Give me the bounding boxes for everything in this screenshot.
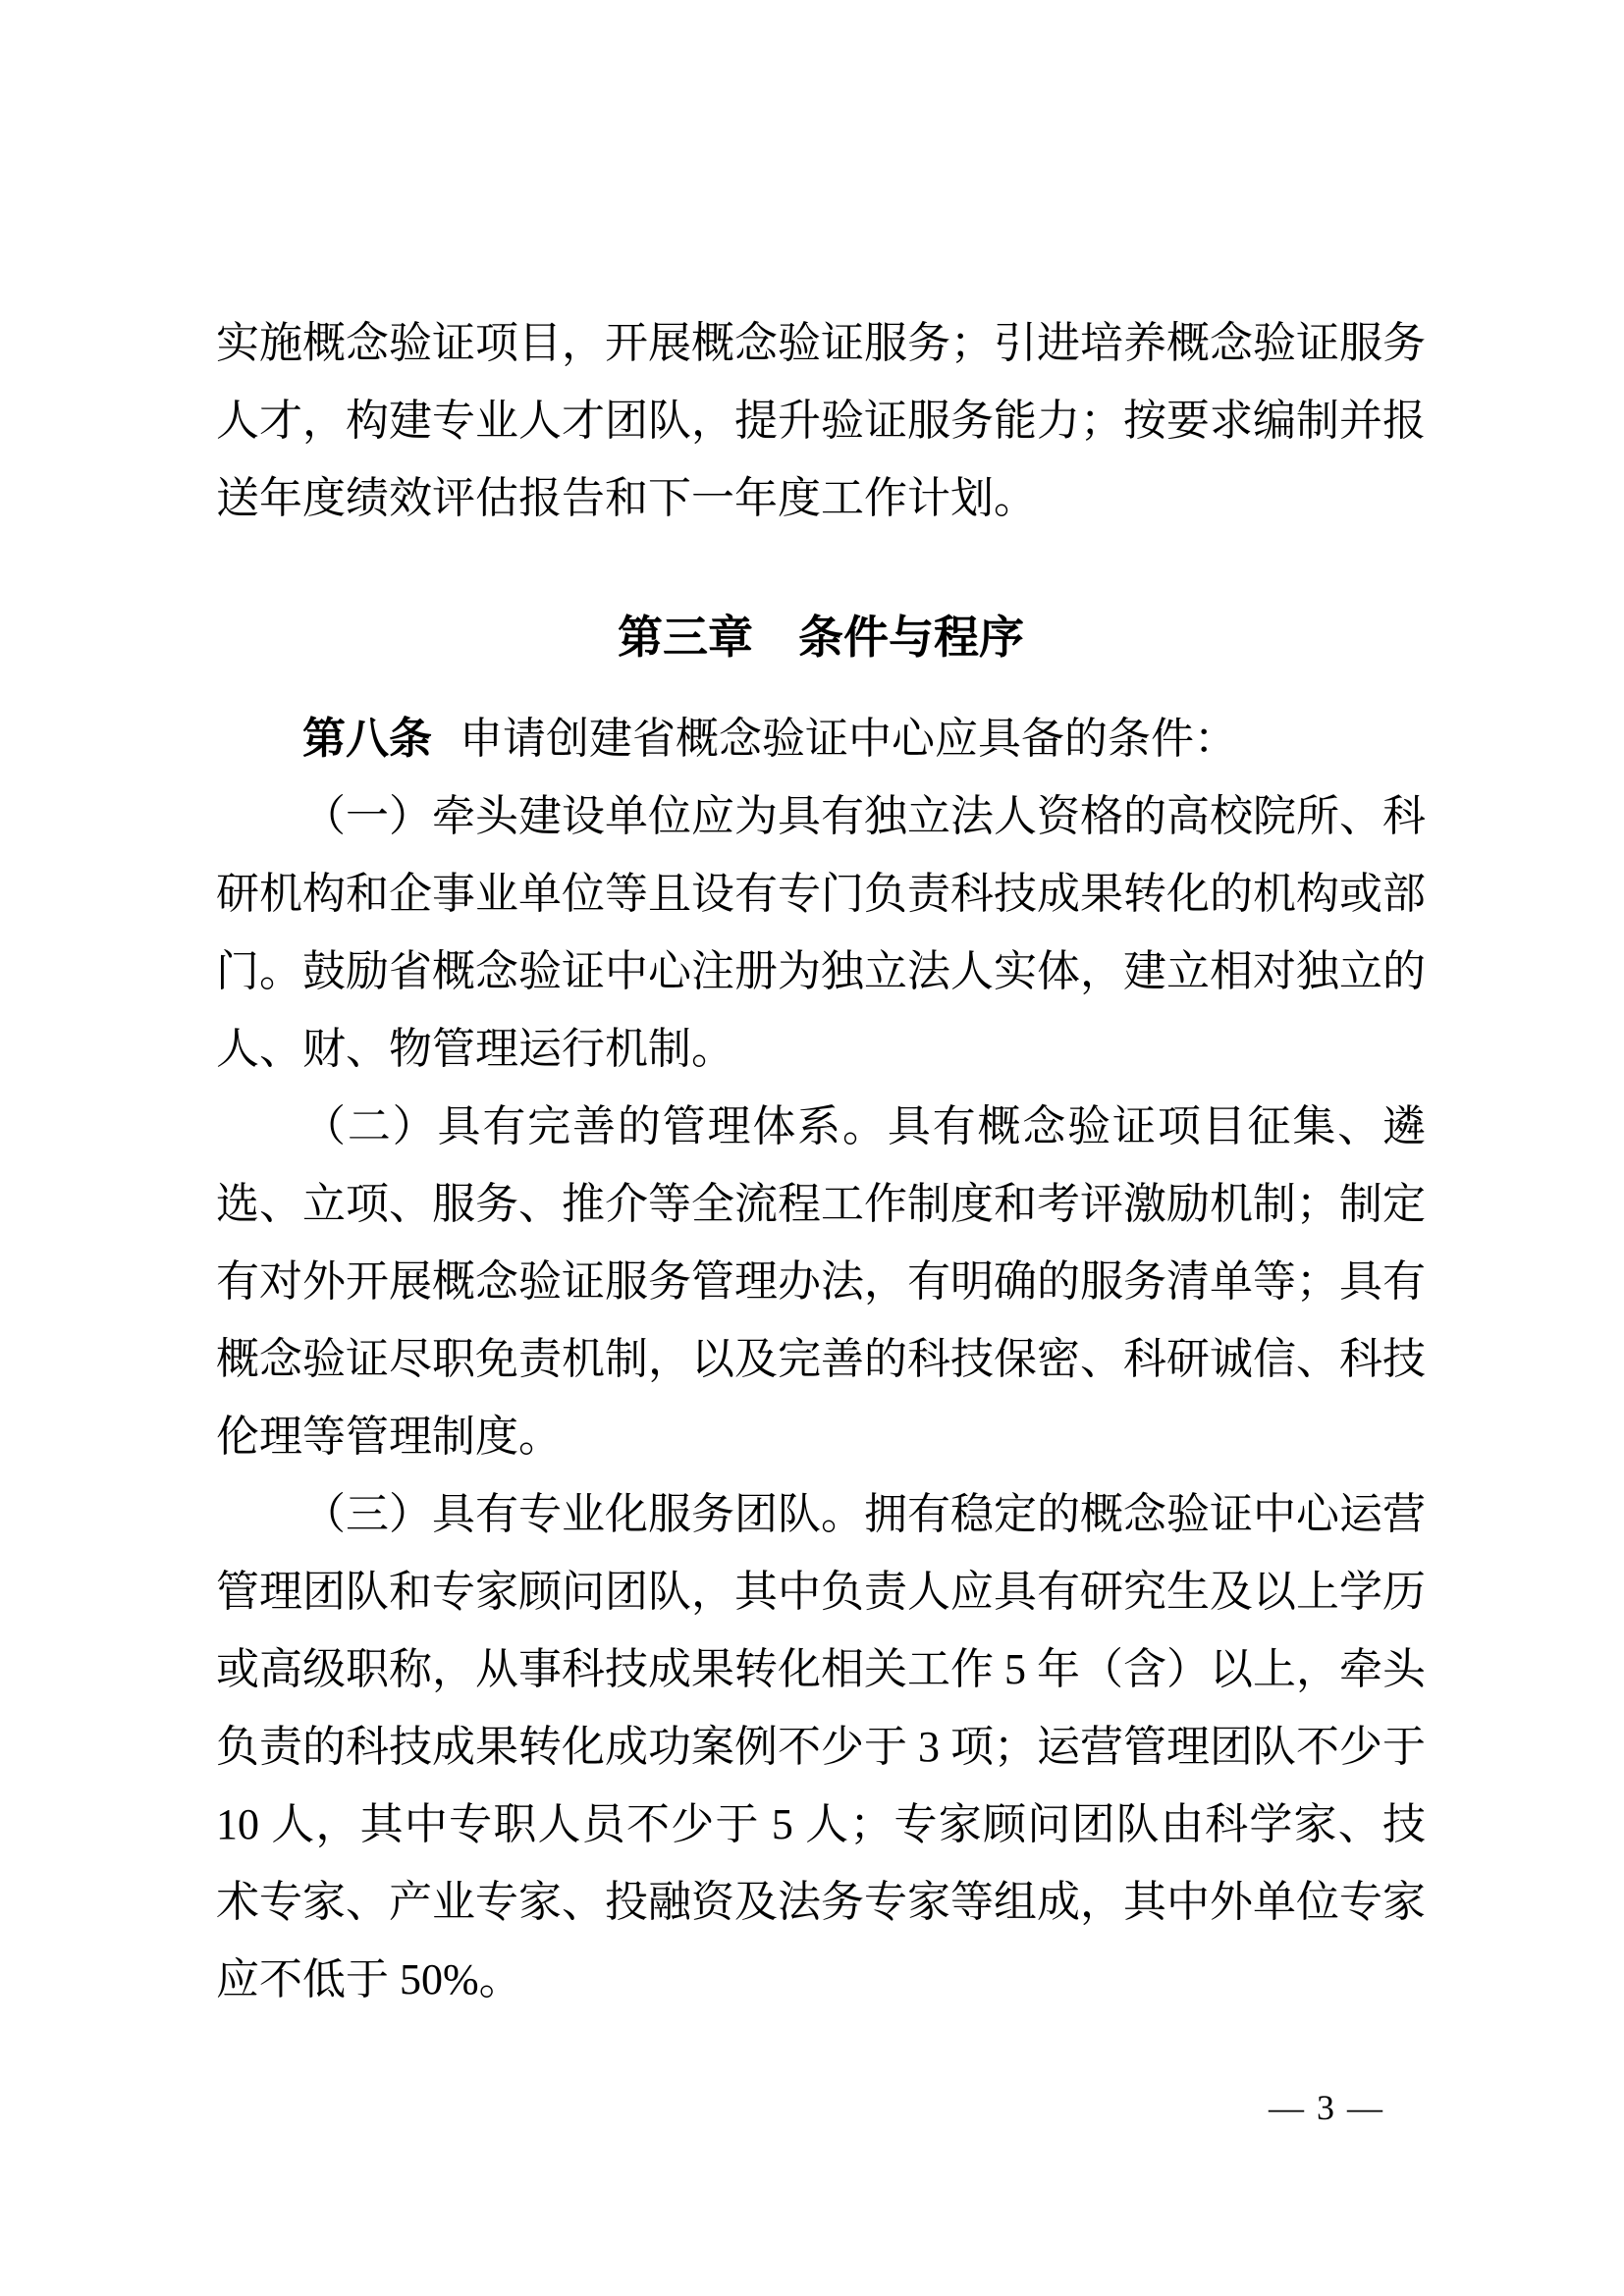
paragraph-item-3: （三）具有专业化服务团队。拥有稳定的概念验证中心运营管理团队和专家顾问团队，其中…	[216, 1475, 1426, 2018]
document-page: 实施概念验证项目，开展概念验证服务；引进培养概念验证服务人才，构建专业人才团队，…	[0, 0, 1624, 2296]
article-number-label: 第八条	[302, 715, 432, 763]
page-number: — 3 —	[1269, 2086, 1384, 2129]
paragraph-intro-continuation: 实施概念验证项目，开展概念验证服务；引进培养概念验证服务人才，构建专业人才团队，…	[216, 304, 1426, 537]
paragraph-item-2: （二）具有完善的管理体系。具有概念验证项目征集、遴选、立项、服务、推介等全流程工…	[216, 1088, 1426, 1475]
paragraph-article-8: 第八条申请创建省概念验证中心应具备的条件：	[216, 700, 1426, 777]
document-body: 实施概念验证项目，开展概念验证服务；引进培养概念验证服务人才，构建专业人才团队，…	[216, 304, 1426, 2018]
chapter-heading: 第三章 条件与程序	[216, 599, 1426, 676]
article-text: 申请创建省概念验证中心应具备的条件：	[460, 715, 1237, 763]
paragraph-item-1: （一）牵头建设单位应为具有独立法人资格的高校院所、科研机构和企事业单位等且设有专…	[216, 777, 1426, 1088]
